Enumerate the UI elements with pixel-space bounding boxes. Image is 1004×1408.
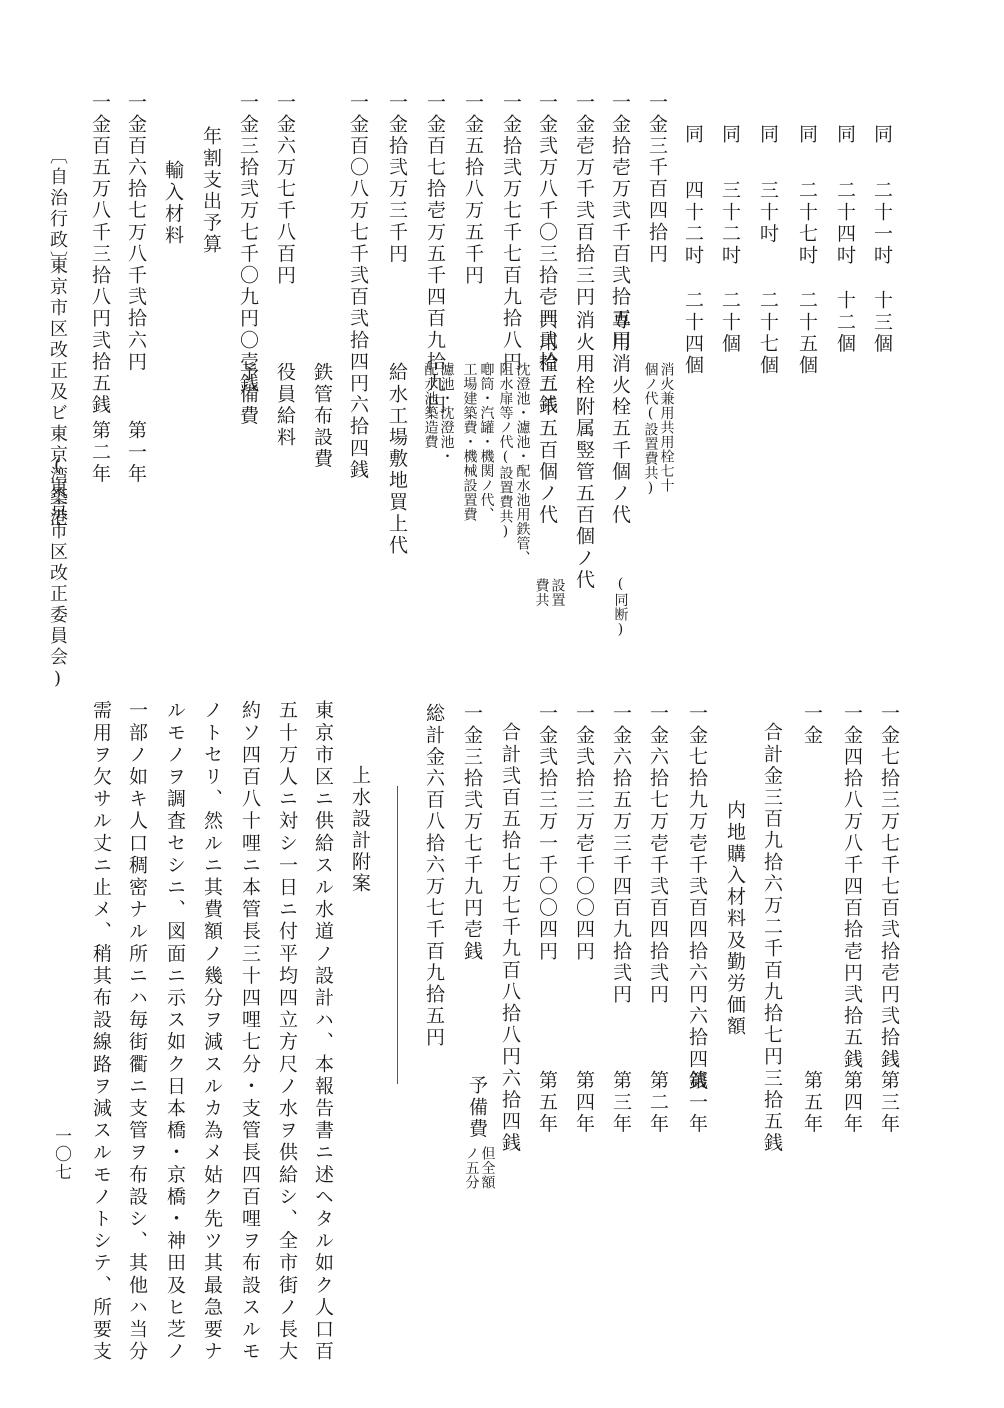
imported-amount: 一金四拾八万八千四百拾壱円弐拾五銭 — [841, 703, 863, 1070]
appendix-line: 東京市区ニ供給スル水道ノ設計ハ、本報告書ニ述ヘタル如ク人口百 — [312, 700, 334, 1363]
budget-heading: 年割支出予算 — [200, 126, 222, 256]
expense-desc-line: 個ノ代(設置費共) — [643, 362, 658, 497]
running-source: (東京市区改正委員会) — [46, 455, 68, 692]
hydrant-row-size: 四十二吋 — [682, 180, 704, 266]
section-divider — [397, 786, 398, 1084]
expense-amount: 一金拾弐万三千円 — [386, 92, 408, 265]
reserve-amount: 一金三拾弐万七千九円壱銭 — [461, 703, 483, 962]
expense-note-line: 設置 — [550, 578, 565, 607]
imported-amount: 一金七拾三万七千七百弐拾壱円弐拾銭 — [878, 703, 900, 1070]
reserve-note-line: ノ五分 — [464, 1146, 479, 1190]
expense-desc-line: 喞筒・汽罐・機関ノ代、 — [479, 362, 494, 522]
hydrant-row-size: 二十七吋 — [796, 180, 818, 266]
imported-amount: 一金 — [801, 703, 823, 746]
expense-amount: 一金拾弐万七千七百九拾八円 — [500, 92, 522, 373]
reserve-label: 予備費 — [466, 1075, 488, 1140]
expense-desc-line: 沈澄池・濾池・配水池用鉄管、 — [515, 362, 530, 565]
hydrant-row-count: 十二個 — [834, 290, 856, 355]
appendix-line: 一部ノ如キ人口稠密ナル所ニハ毎街衢ニ支管ヲ布設シ、其他ハ当分 — [126, 700, 148, 1363]
expense-desc: 消火用栓附属竪管五百個ノ代 — [573, 310, 595, 591]
page-number: 一〇七 — [50, 1127, 72, 1181]
hydrant-row-size: 三十二吋 — [719, 180, 741, 266]
hydrant-row-count: 二十個 — [719, 290, 741, 355]
expense-desc-line: 工場建築費・機械設置費 — [462, 362, 477, 522]
expense-amount: 一金壱万千弐百拾三円 — [573, 92, 595, 308]
reserve-note-line: 但全額 — [480, 1146, 495, 1190]
hydrant-row-count: 二十七個 — [757, 290, 779, 376]
hydrant-row-size: 三十吋 — [757, 180, 779, 245]
expense-desc-line: 濾池・沈澄池・ — [439, 362, 454, 464]
expense-desc: 予備費 — [237, 362, 259, 427]
imported-total: 合計金三百九拾六万二千百九拾七円三拾五銭 — [761, 722, 783, 1154]
domestic-amount: 一金弐拾三万壱千〇〇四円 — [573, 703, 595, 962]
hydrant-row-size: 二十四吋 — [834, 180, 856, 266]
running-header: 〔自治行政〕 — [46, 146, 68, 272]
domestic-year: 第二年 — [647, 1070, 669, 1135]
hydrant-row-label: 同 — [757, 124, 779, 146]
imported-year: 第二年 — [89, 420, 111, 485]
domestic-amount: 一金六拾五万三千四百九拾弐円 — [610, 703, 632, 1005]
domestic-year: 第一年 — [686, 1070, 708, 1135]
expense-desc: 鉄管布設費 — [311, 362, 333, 470]
expense-note-line: 費共 — [534, 578, 549, 607]
domestic-heading: 内地購入材料及勤労価額 — [724, 800, 746, 1038]
domestic-year: 第三年 — [610, 1070, 632, 1135]
domestic-amount: 一金七拾九万壱千弐百四拾六円六拾四銭 — [686, 703, 708, 1092]
domestic-total: 合計弐百五拾七万七千九百八拾八円六拾四銭 — [499, 722, 521, 1154]
expense-desc-line: 阻水扉等ノ代(設置費共) — [498, 362, 513, 540]
expense-desc-line: 消火兼用共用栓七十 — [659, 362, 674, 493]
hydrant-row-label: 同 — [871, 124, 893, 146]
expense-desc: 共用栓二千五百個ノ代 — [536, 310, 558, 526]
expense-amount: 一金五拾八万五千円 — [462, 92, 484, 286]
expense-desc: 給水工場敷地買上代 — [386, 362, 408, 556]
imported-materials-heading: 輸入材料 — [162, 160, 184, 246]
hydrant-row-label: 同 — [682, 124, 704, 146]
document-page: 同 二十一吋 十三個 同 二十四吋 十二個 同 二十七吋 二十五個 同 三十吋 … — [0, 0, 1004, 1408]
expense-desc: 専用消火栓五千個ノ代 — [609, 310, 631, 526]
imported-year: 第三年 — [878, 1070, 900, 1135]
domestic-amount: 一金弐拾三万一千〇〇四円 — [536, 703, 558, 962]
appendix-line: 五十万人ニ対シ一日ニ付平均四立方尺ノ水ヲ供給シ、全市街ノ長大 — [276, 700, 298, 1363]
appendix-line: 需用ヲ欠サル丈ニ止メ、稍其布設線路ヲ減スルモノトシテ、所要支 — [90, 700, 112, 1363]
hydrant-row-label: 同 — [719, 124, 741, 146]
hydrant-row-size: 二十一吋 — [871, 180, 893, 266]
expense-amount: 一金三千百四拾円 — [646, 92, 668, 265]
domestic-year: 第五年 — [536, 1070, 558, 1135]
appendix-line: ルモノヲ調査セシニ、図面ニ示ス如ク日本橋・京橋・神田及ヒ芝ノ — [164, 700, 186, 1363]
appendix-line: ノトセリ、然ルニ其費額ノ幾分ヲ減スルカ為メ姑ク先ツ其最急要ナ — [201, 700, 223, 1363]
hydrant-row-count: 二十五個 — [796, 290, 818, 376]
expense-desc-line: 配水池築造費 — [423, 362, 438, 449]
expense-amount: 一金六万七千八百円 — [274, 92, 296, 286]
expense-desc: 役員給料 — [274, 362, 296, 448]
hydrant-row-label: 同 — [834, 124, 856, 146]
domestic-year: 第四年 — [573, 1070, 595, 1135]
grand-total: 総計金六百八拾六万七千百九拾五円 — [423, 703, 445, 1049]
appendix-line: 約ソ四百八十哩ニ本管長三十四哩七分・支管長四百哩ヲ布設スルモ — [239, 700, 261, 1363]
imported-amount: 一金百五万八千三拾八円弐拾五銭 — [89, 92, 111, 416]
imported-year: 第一年 — [125, 420, 147, 485]
expense-amount: 一金百〇八万七千弐百弐拾四円六拾四銭 — [347, 92, 369, 481]
imported-year: 第五年 — [801, 1070, 823, 1135]
domestic-amount: 一金六拾七万壱千弐百四拾弐円 — [647, 703, 669, 1005]
appendix-heading: 上水設計附案 — [349, 765, 371, 895]
expense-amount: 一金三拾弐万七千〇九円〇壱銭 — [237, 92, 259, 394]
imported-amount: 一金百六拾七万八千弐拾六円 — [125, 92, 147, 373]
hydrant-row-count: 十三個 — [871, 290, 893, 355]
expense-note: (同断) — [613, 576, 628, 638]
hydrant-row-count: 二十四個 — [682, 290, 704, 376]
imported-year: 第四年 — [841, 1070, 863, 1135]
hydrant-row-label: 同 — [796, 124, 818, 146]
